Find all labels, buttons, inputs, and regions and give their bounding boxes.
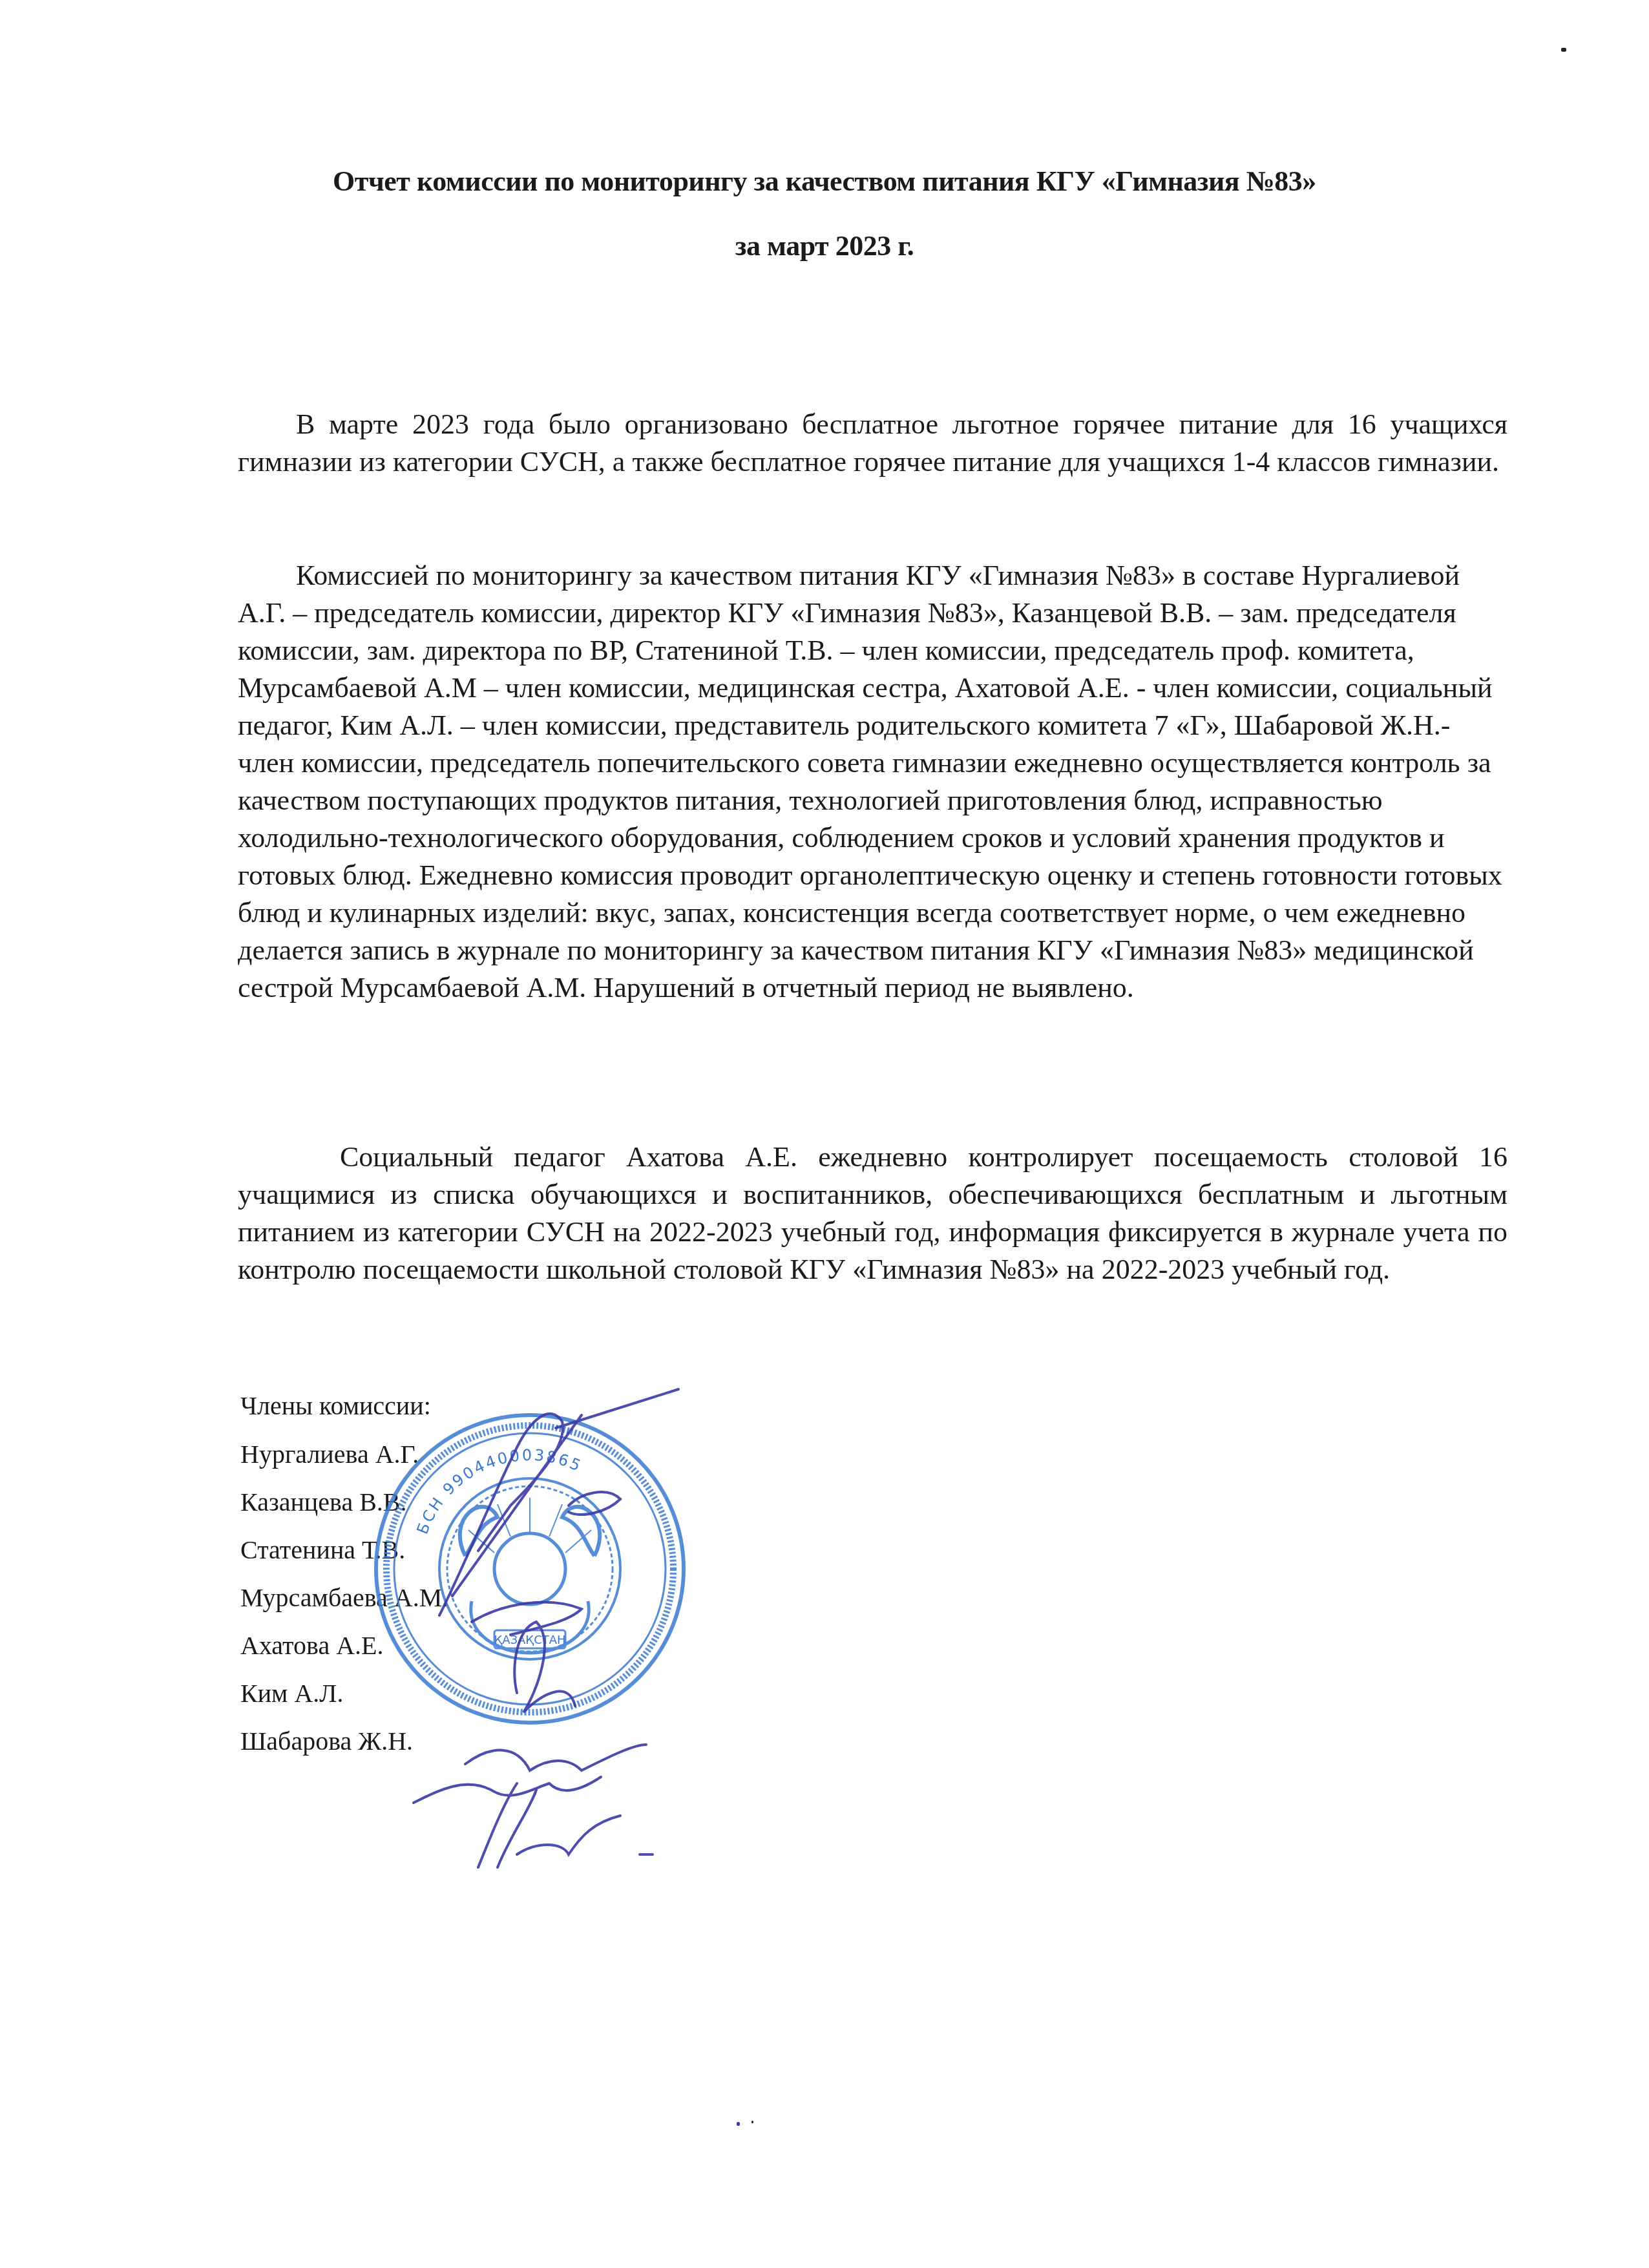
paragraph-text: Комиссией по мониторингу за качеством пи… [238, 560, 1502, 1003]
paragraph-attendance-control: Социальный педагог Ахатова А.Е. ежедневн… [238, 1139, 1507, 1288]
report-title: Отчет комиссии по мониторингу за качеств… [0, 165, 1649, 198]
signature-akhatova-icon [465, 1745, 646, 1770]
paragraph-meals-organized: В марте 2023 года было организовано бесп… [238, 406, 1507, 481]
stamp-center-label: ҚАЗАҚСТАН [494, 1633, 565, 1647]
document-page: Отчет комиссии по мониторингу за качеств… [0, 0, 1649, 2268]
signature-kim-icon [414, 1777, 601, 1803]
report-period: за март 2023 г. [0, 229, 1649, 262]
paragraph-text: Социальный педагог Ахатова А.Е. ежедневн… [238, 1141, 1507, 1285]
signatures-overlay [0, 0, 1649, 2268]
scan-speck [737, 2122, 740, 2126]
paragraph-text: В марте 2023 года было организовано бесп… [238, 408, 1507, 478]
scan-speck [1561, 48, 1566, 52]
signature-shabarova-icon [478, 1783, 620, 1867]
scan-speck [751, 2121, 753, 2123]
official-stamp-icon: ҚАЗАҚСТАН БСН 990440003865 [368, 1407, 691, 1730]
paragraph-commission-control: Комиссией по мониторингу за качеством пи… [238, 557, 1507, 1007]
